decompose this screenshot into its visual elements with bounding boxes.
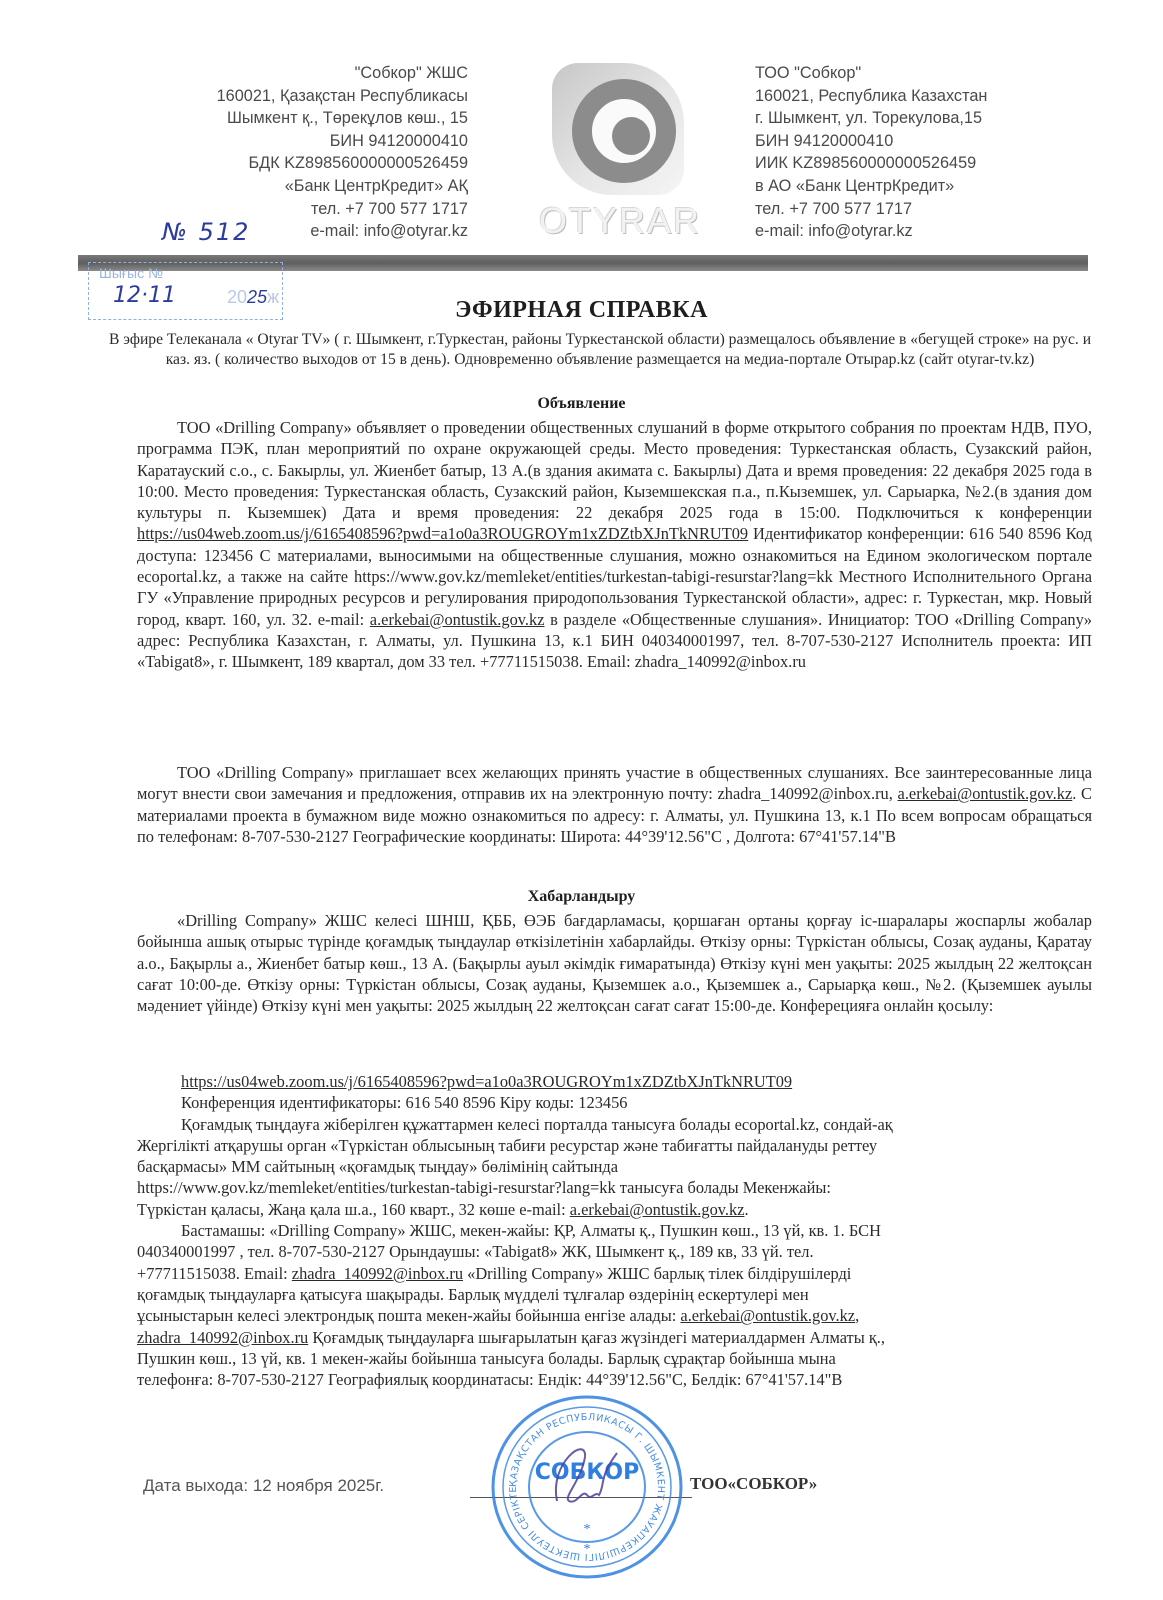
zoom-link-ru[interactable]: https://us04web.zoom.us/j/6165408596?pwd… xyxy=(137,524,748,543)
letterhead-line: ИИК KZ898560000000526459 xyxy=(755,152,1075,175)
letterhead-line: БИН 94120000410 xyxy=(150,130,468,153)
zoom-link-kz[interactable]: https://us04web.zoom.us/j/6165408596?pwd… xyxy=(181,1072,792,1091)
kazakh-announcement-paragraph-1: «Drilling Company» ЖШС келесі ШНШ, ҚББ, … xyxy=(137,910,1092,1016)
logo-text: OTYRAR xyxy=(530,200,710,242)
kazakh-announcement-details: https://us04web.zoom.us/j/6165408596?pwd… xyxy=(137,1071,1092,1390)
signing-organization: ТОО«СОБКОР» xyxy=(690,1474,817,1494)
email-inbox-link-kz-2[interactable]: zhadra_140992@inbox.ru xyxy=(137,1328,308,1347)
document-title: ЭФИРНАЯ СПРАВКА xyxy=(0,297,1163,324)
kz-conference-id: Конференция идентификаторы: 616 540 8596… xyxy=(137,1092,1092,1113)
svg-text:СОБКОР: СОБКОР xyxy=(535,1460,639,1485)
letterhead-russian: ТОО "Собкор" 160021, Республика Казахста… xyxy=(755,62,1075,243)
svg-text:*: * xyxy=(584,1542,591,1557)
letterhead-line: тел. +7 700 577 1717 xyxy=(755,198,1075,221)
letterhead-line: БИН 94120000410 xyxy=(755,130,1075,153)
letterhead-line: в АО «Банк ЦентрКредит» xyxy=(755,175,1075,198)
letterhead-line: БДК KZ898560000000526459 xyxy=(150,152,468,175)
email-gov-link-kz-2[interactable]: a.erkebai@ontustik.gov.kz xyxy=(680,1306,855,1325)
kazakh-section-heading: Хабарландыру xyxy=(0,888,1163,906)
letterhead-line: тел. +7 700 577 1717 xyxy=(150,198,468,221)
logo-eye-pupil-icon xyxy=(612,117,650,155)
broadcast-intro: В эфире Телеканала « Otyrar TV» ( г. Шым… xyxy=(100,330,1100,370)
release-date: Дата выхода: 12 ноября 2025г. xyxy=(143,1476,384,1496)
russian-section-heading: Объявление xyxy=(0,395,1163,413)
letterhead-line: г. Шымкент, ул. Торекулова,15 xyxy=(755,107,1075,130)
letterhead-line: 160021, Қазақстан Республикасы xyxy=(150,85,468,108)
letterhead-line: "Собкор" ЖШС xyxy=(150,62,468,85)
email-gov-link-ru-2[interactable]: a.erkebai@ontustik.gov.kz xyxy=(898,784,1073,803)
letterhead-line: ТОО "Собкор" xyxy=(755,62,1075,85)
letterhead-line: 160021, Республика Казахстан xyxy=(755,85,1075,108)
email-gov-link-kz[interactable]: a.erkebai@ontustik.gov.kz xyxy=(570,1200,745,1219)
handwritten-outgoing-number: № 512 xyxy=(162,218,250,246)
letterhead-kazakh: "Собкор" ЖШС 160021, Қазақстан Республик… xyxy=(150,62,468,243)
letterhead-line: «Банк ЦентрКредит» АҚ xyxy=(150,175,468,198)
company-seal-icon: ҚАЗАҚСТАН РЕСПУБЛИКАСЫ Г. ШЫМКЕНТ ЖАУАПК… xyxy=(487,1393,687,1581)
russian-announcement-paragraph-1: ТОО «Drilling Company» объявляет о прове… xyxy=(137,417,1092,673)
letterhead-line: Шымкент қ., Төрекұлов көш., 15 xyxy=(150,107,468,130)
svg-text:*: * xyxy=(584,1522,591,1537)
otyrar-logo: OTYRAR xyxy=(530,55,710,240)
registration-stamp-label: Шығыс № xyxy=(99,265,163,281)
email-gov-link-ru[interactable]: a.erkebai@ontustik.gov.kz xyxy=(370,610,545,629)
russian-announcement-paragraph-2: ТОО «Drilling Company» приглашает всех ж… xyxy=(137,762,1092,847)
letterhead-line: e-mail: info@otyrar.kz xyxy=(755,220,1075,243)
email-inbox-link-kz[interactable]: zhadra_140992@inbox.ru xyxy=(292,1264,463,1283)
